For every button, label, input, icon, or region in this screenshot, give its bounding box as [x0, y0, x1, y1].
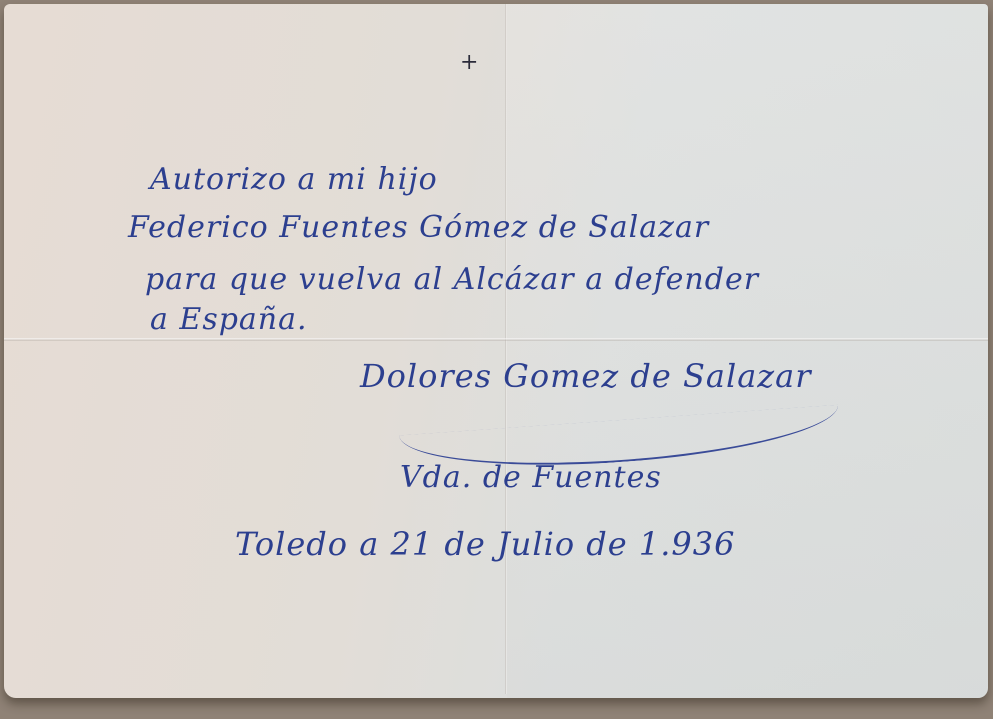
place-and-date: Toledo a 21 de Julio de 1.936: [235, 525, 736, 563]
body-line-4: a España.: [150, 302, 308, 337]
horizontal-fold-crease: [4, 338, 988, 341]
body-line-3: para que vuelva al Alcázar a defender: [145, 262, 759, 297]
signature-subline: Vda. de Fuentes: [400, 460, 662, 495]
paper-right-panel: [507, 4, 988, 698]
vertical-fold-crease: [505, 4, 507, 694]
signature: Dolores Gomez de Salazar: [360, 357, 812, 395]
cross-mark: +: [460, 50, 479, 75]
body-line-2: Federico Fuentes Gómez de Salazar: [128, 210, 709, 245]
body-line-1: Autorizo a mi hijo: [150, 162, 438, 197]
